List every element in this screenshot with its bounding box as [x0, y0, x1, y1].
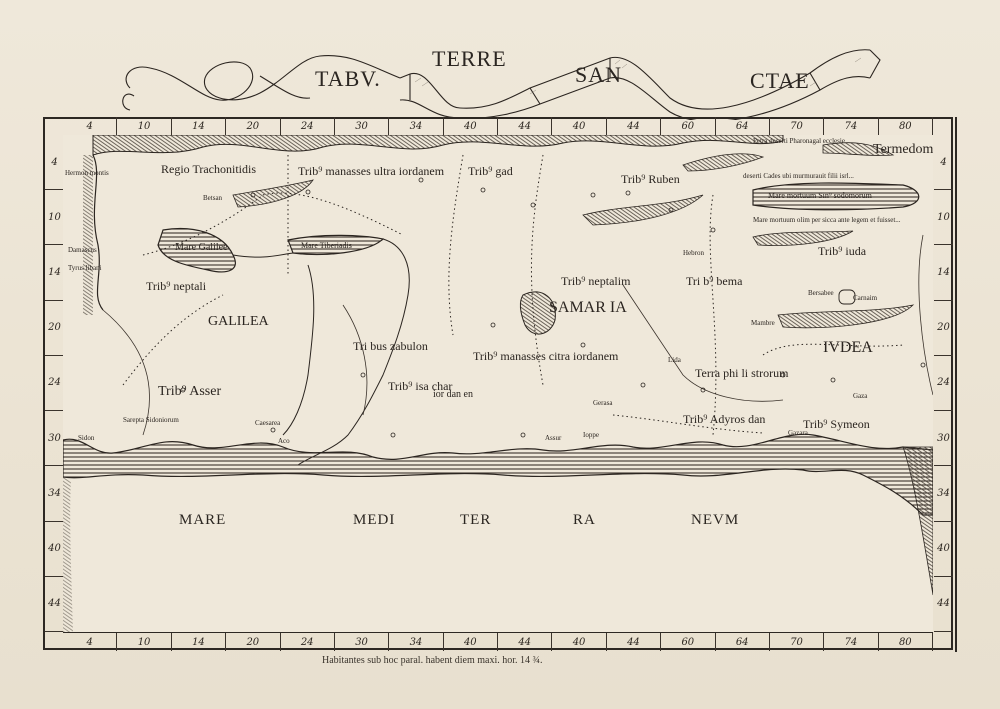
- region-label-iudea: IVDEA: [823, 340, 873, 356]
- region-label-neptalim: Trib⁹ neptalim: [561, 275, 630, 287]
- scale-left-cell: 24: [45, 356, 64, 411]
- region-label-dan: Trib⁹ Adyros dan: [683, 413, 765, 425]
- scale-right-cell: 24: [934, 356, 953, 411]
- water-label-iordan: ior dan en: [433, 390, 473, 400]
- place-label-aquemoren: Betsan: [203, 195, 222, 202]
- scale-bottom-cell: 40: [444, 633, 498, 651]
- place-label-mambre: Bersabee: [808, 290, 834, 297]
- note-petra-deserti: Petra deserti Pharonagal ecclesie: [753, 138, 845, 145]
- scale-top-cell: 64: [716, 117, 770, 135]
- scale-bottom-cell: 70: [770, 633, 824, 651]
- place-label-assur: Assur: [545, 435, 561, 442]
- scale-bottom-cell: 10: [117, 633, 171, 651]
- region-label-manasses-citra: Trib⁹ manasses citra iordanem: [473, 350, 618, 362]
- scale-top-cell: 34: [389, 117, 443, 135]
- scale-top-cell: 10: [117, 117, 171, 135]
- scale-bottom-cell: 20: [226, 633, 280, 651]
- scale-right-cell: 4: [934, 135, 953, 190]
- water-label-mare-mortuum: Mare mortuum Sin⁹ sodomorum: [768, 192, 872, 200]
- left-degree-scale: 4 10 14 20 24 30 34 40 44: [45, 135, 64, 632]
- banner-word-tabv: TABV.: [315, 66, 381, 92]
- place-label-arabia: Lida: [668, 357, 681, 364]
- region-label-ruben: Trib⁹ Ruben: [621, 173, 680, 185]
- map-body: Regio Trachonitidis Trib⁹ manasses ultra…: [63, 135, 933, 632]
- scale-left-cell: 14: [45, 245, 64, 300]
- scale-left-cell: 44: [45, 577, 64, 632]
- scale-right-cell: 44: [934, 577, 953, 632]
- scale-left-cell: 34: [45, 466, 64, 521]
- scale-top-cell: 40: [444, 117, 498, 135]
- scale-top-cell: 70: [770, 117, 824, 135]
- place-label-sucoth: Mambre: [751, 320, 775, 327]
- scale-top-cell: 30: [335, 117, 389, 135]
- region-label-philistines: Terra phi li strorum: [695, 367, 788, 379]
- region-label-beniamin: Tri b⁹ bema: [686, 275, 742, 287]
- place-label-lida: Gerasa: [593, 400, 612, 407]
- sea-label-ra: RA: [573, 512, 596, 529]
- scale-top-cell: 14: [172, 117, 226, 135]
- parallel-caption: Habitantes sub hoc paral. habent diem ma…: [322, 655, 543, 666]
- region-label-asser: Trib⁹ Asser: [158, 385, 221, 399]
- right-degree-scale: 4 10 14 20 24 30 34 40 44: [934, 135, 953, 632]
- top-degree-scale: 4 10 14 20 24 30 34 40 44 40 44 60 64 70…: [63, 117, 933, 136]
- place-label-sidon: Sidon: [78, 435, 94, 442]
- banner-word-terre: TERRE: [432, 46, 507, 72]
- region-label-manasses-ultra: Trib⁹ manasses ultra iordanem: [298, 165, 444, 177]
- map-page: TABV. TERRE SAN CTAE 4 10 14 20 24 30 34…: [0, 0, 1000, 709]
- scale-top-cell: 74: [824, 117, 878, 135]
- place-label-aco: Aco: [278, 438, 290, 445]
- sea-label-ter: TER: [460, 512, 491, 529]
- note-dead-sea-south: Mare mortuum olim per sicca ante legem e…: [753, 217, 901, 224]
- region-label-termedom: Termedom: [873, 143, 933, 157]
- place-label-sabulon: Carnaim: [853, 295, 877, 302]
- scale-bottom-cell: 30: [335, 633, 389, 651]
- scale-right-cell: 14: [934, 245, 953, 300]
- place-label-malana: Gazara: [788, 430, 808, 437]
- scale-top-cell: 40: [552, 117, 606, 135]
- scale-right-cell: 40: [934, 522, 953, 577]
- place-label-caesarea: Caesarea: [255, 420, 280, 427]
- title-banner: TABV. TERRE SAN CTAE: [110, 38, 890, 120]
- scale-bottom-cell: 44: [498, 633, 552, 651]
- place-label-hermon: Hermon montis: [65, 170, 109, 177]
- banner-word-ctae: CTAE: [750, 68, 810, 94]
- scale-right-cell: 30: [934, 411, 953, 466]
- water-label-mare-galilee: Mare Galilee: [175, 243, 227, 253]
- region-label-iuda: Trib⁹ iuda: [818, 245, 866, 257]
- scale-top-cell: 44: [607, 117, 661, 135]
- region-label-symeon: Trib⁹ Symeon: [803, 418, 870, 430]
- scale-bottom-cell: 40: [552, 633, 606, 651]
- scale-left-cell: 10: [45, 190, 64, 245]
- sea-label-nevm: NEVM: [691, 512, 739, 529]
- region-label-zabulon: Tri bus zabulon: [353, 340, 428, 352]
- frame-outer-right-rule: [955, 117, 957, 652]
- region-label-neptali: Trib⁹ neptali: [146, 280, 206, 292]
- scale-top-cell: 4: [63, 117, 117, 135]
- region-label-trachonitidis: Regio Trachonitidis: [161, 163, 256, 175]
- scale-bottom-cell: 74: [824, 633, 878, 651]
- scale-bottom-cell: 80: [879, 633, 933, 651]
- scale-right-cell: 34: [934, 466, 953, 521]
- banner-word-san: SAN: [575, 62, 622, 88]
- note-dead-sea-north: deserti Cades ubi murmurauit filii isrl.…: [743, 173, 854, 180]
- scale-bottom-cell: 44: [607, 633, 661, 651]
- place-label-ioppe: Ioppe: [583, 432, 599, 439]
- sea-label-mare: MARE: [179, 512, 226, 529]
- scale-top-cell: 24: [281, 117, 335, 135]
- region-label-samaria: SAMAR IA: [549, 300, 627, 316]
- place-label-hebron: Hebron: [683, 250, 704, 257]
- scale-bottom-cell: 4: [63, 633, 117, 651]
- scale-left-cell: 30: [45, 411, 64, 466]
- bottom-degree-scale: 4 10 14 20 24 30 34 40 44 40 44 60 64 70…: [63, 632, 933, 651]
- scale-bottom-cell: 64: [716, 633, 770, 651]
- water-label-mare-tiberiadis: Mare Tiberiadis: [301, 242, 352, 250]
- scale-bottom-cell: 14: [172, 633, 226, 651]
- region-label-galilea: GALILEA: [208, 315, 269, 329]
- place-label-sarepta: Sarepta Sidoniorum: [123, 417, 179, 424]
- scale-bottom-cell: 24: [281, 633, 335, 651]
- place-label-damascus: Damascus: [68, 247, 97, 254]
- region-label-gad: Trib⁹ gad: [468, 165, 513, 177]
- scale-left-cell: 40: [45, 522, 64, 577]
- scale-left-cell: 4: [45, 135, 64, 190]
- place-label-gaza: Gaza: [853, 393, 867, 400]
- scale-top-cell: 44: [498, 117, 552, 135]
- scale-right-cell: 20: [934, 301, 953, 356]
- place-label-tyrus: Tyrus libani: [68, 265, 102, 272]
- scale-top-cell: 80: [879, 117, 933, 135]
- scale-right-cell: 10: [934, 190, 953, 245]
- scale-top-cell: 20: [226, 117, 280, 135]
- scale-bottom-cell: 34: [389, 633, 443, 651]
- scale-left-cell: 20: [45, 301, 64, 356]
- scale-top-cell: 60: [661, 117, 715, 135]
- sea-label-medi: MEDI: [353, 512, 395, 529]
- scale-bottom-cell: 60: [661, 633, 715, 651]
